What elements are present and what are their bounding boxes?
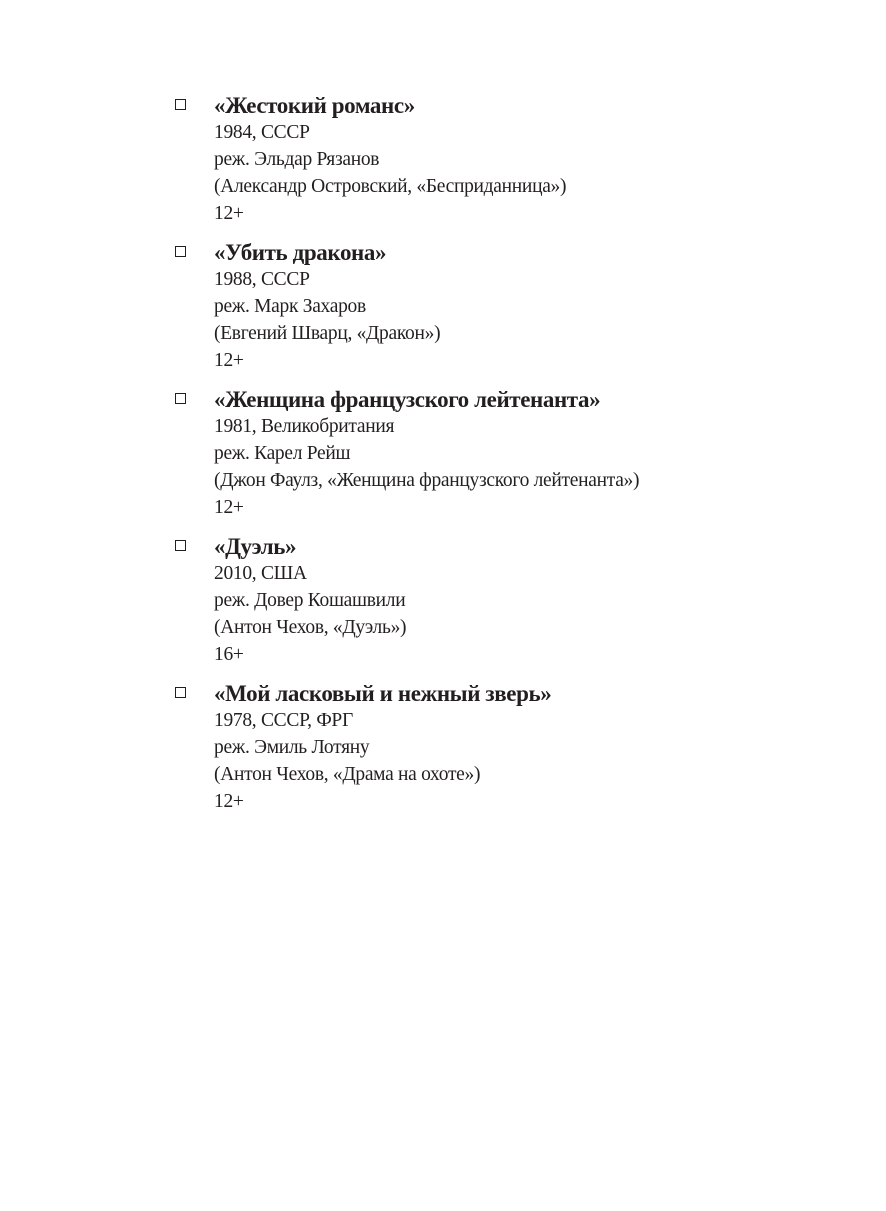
film-entry: «Дуэль» 2010, США реж. Довер Кошашвили (… [175,533,835,668]
film-list: «Жестокий романс» 1984, СССР реж. Эльдар… [175,92,835,827]
film-year-country: 1984, СССР [214,119,835,146]
film-entry: «Жестокий романс» 1984, СССР реж. Эльдар… [175,92,835,227]
checkbox-icon[interactable] [175,393,186,404]
film-entry: «Женщина французского лейтенанта» 1981, … [175,386,835,521]
film-title: «Женщина французского лейтенанта» [214,386,835,413]
film-director: реж. Марк Захаров [214,293,835,320]
film-rating: 12+ [214,494,835,521]
film-source: (Джон Фаулз, «Женщина французского лейте… [214,467,835,494]
film-year-country: 1988, СССР [214,266,835,293]
film-director: реж. Довер Кошашвили [214,587,835,614]
film-rating: 12+ [214,788,835,815]
film-title: «Жестокий романс» [214,92,835,119]
film-source: (Евгений Шварц, «Дракон») [214,320,835,347]
film-director: реж. Карел Рейш [214,440,835,467]
film-director: реж. Эльдар Рязанов [214,146,835,173]
checkbox-icon[interactable] [175,540,186,551]
film-entry: «Мой ласковый и нежный зверь» 1978, СССР… [175,680,835,815]
film-year-country: 1981, Великобритания [214,413,835,440]
film-year-country: 1978, СССР, ФРГ [214,707,835,734]
film-title: «Дуэль» [214,533,835,560]
checkbox-icon[interactable] [175,99,186,110]
film-title: «Мой ласковый и нежный зверь» [214,680,835,707]
film-title: «Убить дракона» [214,239,835,266]
film-year-country: 2010, США [214,560,835,587]
film-rating: 12+ [214,200,835,227]
checkbox-icon[interactable] [175,246,186,257]
film-rating: 16+ [214,641,835,668]
film-rating: 12+ [214,347,835,374]
film-source: (Антон Чехов, «Драма на охоте») [214,761,835,788]
checkbox-icon[interactable] [175,687,186,698]
film-source: (Антон Чехов, «Дуэль») [214,614,835,641]
film-director: реж. Эмиль Лотяну [214,734,835,761]
film-entry: «Убить дракона» 1988, СССР реж. Марк Зах… [175,239,835,374]
film-source: (Александр Островский, «Бесприданница») [214,173,835,200]
